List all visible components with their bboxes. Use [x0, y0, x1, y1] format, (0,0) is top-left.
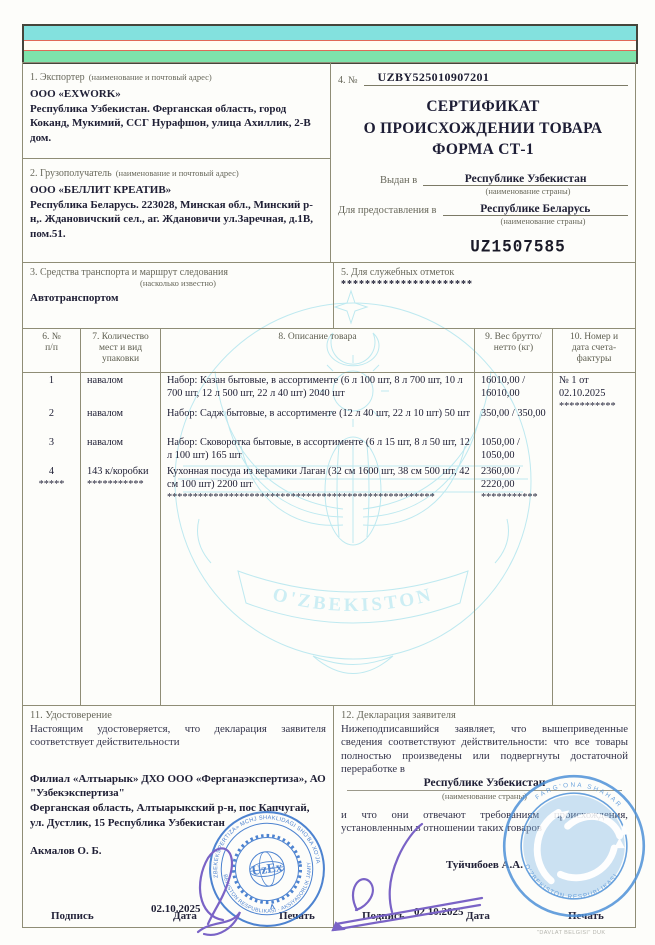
expertise-round-stamp: FARG'ONA SHAHAR O'ZBEKISTON RESPUBLIKASI — [493, 765, 655, 928]
presented-country-note: (наименование страны) — [338, 216, 628, 226]
section-exporter: 1. Экспортер (наименование и почтовый ад… — [23, 63, 331, 159]
certifier-name: Акмалов О. Б. — [30, 844, 101, 859]
description-cell: Кухонная посуда из керамики Лаган (32 см… — [161, 464, 474, 504]
consignee-label: 2. Грузополучатель — [30, 168, 112, 179]
service-marks-label: 5. Для служебных отметок — [341, 267, 628, 278]
flag-stripe-white — [24, 41, 636, 50]
declaration-label: 12. Декларация заявителя — [341, 710, 628, 721]
col-header-description: 8. Описание товара — [161, 329, 475, 372]
goods-table-header: 6. № п/п 7. Количество мест и вид упаков… — [23, 329, 635, 373]
exporter-label: 1. Экспортер — [30, 72, 85, 83]
exporter-name: ООО «EXWORK» — [30, 87, 323, 102]
transport-label: 3. Средства транспорта и маршрут следова… — [30, 267, 326, 278]
section-service-marks: 5. Для служебных отметок ***************… — [334, 263, 635, 329]
packing-cell: навалом — [81, 435, 160, 464]
description-cell: Набор: Сковоротка бытовые, в ассортимент… — [161, 435, 474, 464]
flag-stripe-blue — [24, 26, 636, 40]
presented-in-label: Для предоставления в — [338, 205, 443, 216]
transport-label-note: (насколько известно) — [30, 278, 326, 288]
declarant-signature — [330, 812, 500, 942]
certification-label: 11. Удостоверение — [30, 710, 326, 721]
description-cell: Набор: Садж бытовые, в ассортименте (12 … — [161, 406, 474, 435]
certificate-number-label: 4. № — [338, 75, 364, 86]
description-cell: Набор: Казан бытовые, в ассортименте (6 … — [161, 373, 474, 406]
packing-cell: навалом — [81, 406, 160, 435]
flag-stripe-green — [24, 51, 636, 62]
weight-cell: 350,00 / 350,00 — [475, 406, 552, 435]
service-marks-value: ********************** — [341, 278, 628, 291]
consignee-label-note: (наименование и почтовый адрес) — [116, 168, 239, 178]
col-header-weight: 9. Вес брутто/ нетто (кг) — [475, 329, 553, 372]
signature-label: Подпись — [51, 910, 94, 922]
print-shop-mark: "DAVLAT BELGISI" DUK — [537, 930, 605, 936]
col-header-packing: 7. Количество мест и вид упаковки — [81, 329, 161, 372]
row-number: 3 — [23, 435, 80, 464]
weight-cell: 2360,00 / 2220,00 *********** — [475, 464, 552, 504]
issued-country-note: (наименование страны) — [338, 186, 628, 196]
invoice-cell: № 1 от 02.10.2025 *********** — [553, 373, 635, 413]
exporter-label-note: (наименование и почтовый адрес) — [89, 72, 212, 82]
column-packing: навалом навалом навалом 143 к/коробки **… — [81, 373, 161, 705]
column-invoice: № 1 от 02.10.2025 *********** — [553, 373, 635, 705]
certificate-number: UZBY525010907201 — [364, 70, 628, 86]
consignee-address: Республика Беларусь. 223028, Минская обл… — [30, 198, 323, 242]
weight-cell: 1050,00 / 1050,00 — [475, 435, 552, 464]
certifier-signature — [178, 842, 273, 942]
exporter-address: Республика Узбекистан. Ферганская област… — [30, 102, 323, 146]
packing-cell: навалом — [81, 373, 160, 406]
col-header-number: 6. № п/п — [23, 329, 81, 372]
section-consignee: 2. Грузополучатель (наименование и почто… — [23, 159, 331, 263]
goods-table-body: 1 2 3 4 ***** навалом навалом навалом 14… — [23, 373, 635, 705]
consignee-name: ООО «БЕЛЛИТ КРЕАТИВ» — [30, 183, 323, 198]
transport-value: Автотранспортом — [30, 291, 326, 306]
column-row-numbers: 1 2 3 4 ***** — [23, 373, 81, 705]
row-number: 1 — [23, 373, 80, 406]
certificate-page: O'ZBEKISTON 1. Экспортер (наименование и… — [0, 0, 655, 945]
issued-in-label: Выдан в — [380, 175, 423, 186]
section-certificate-head: 4. № UZBY525010907201 СЕРТИФИКАТ О ПРОИС… — [331, 63, 635, 263]
column-description: Набор: Казан бытовые, в ассортименте (6 … — [161, 373, 475, 705]
weight-cell: 16010,00 / 16010,00 — [475, 373, 552, 406]
certificate-title: СЕРТИФИКАТ О ПРОИСХОЖДЕНИИ ТОВАРА ФОРМА … — [338, 96, 628, 161]
certifying-organization: Филиал «Алтыарык» ДХО ООО «Ферганаэкспер… — [30, 772, 326, 801]
col-header-invoice: 10. Номер и дата счета- фактуры — [553, 329, 635, 372]
uzbekistan-flag-banner — [22, 24, 638, 64]
certificate-serial-number: UZ1507585 — [338, 237, 628, 257]
packing-cell: 143 к/коробки *********** — [81, 464, 160, 492]
section-transport: 3. Средства транспорта и маршрут следова… — [23, 263, 334, 329]
declaration-statement: Нижеподписавшийся заявляет, что вышеприв… — [341, 723, 628, 777]
presented-in-value: Республике Беларусь — [443, 203, 628, 216]
row-number: 4 ***** — [23, 464, 80, 492]
issued-in-value: Республике Узбекистан — [423, 173, 628, 186]
certification-statement: Настоящим удостоверяется, что декларация… — [30, 723, 326, 750]
row-number: 2 — [23, 406, 80, 435]
column-weight: 16010,00 / 16010,00 350,00 / 350,00 1050… — [475, 373, 553, 705]
